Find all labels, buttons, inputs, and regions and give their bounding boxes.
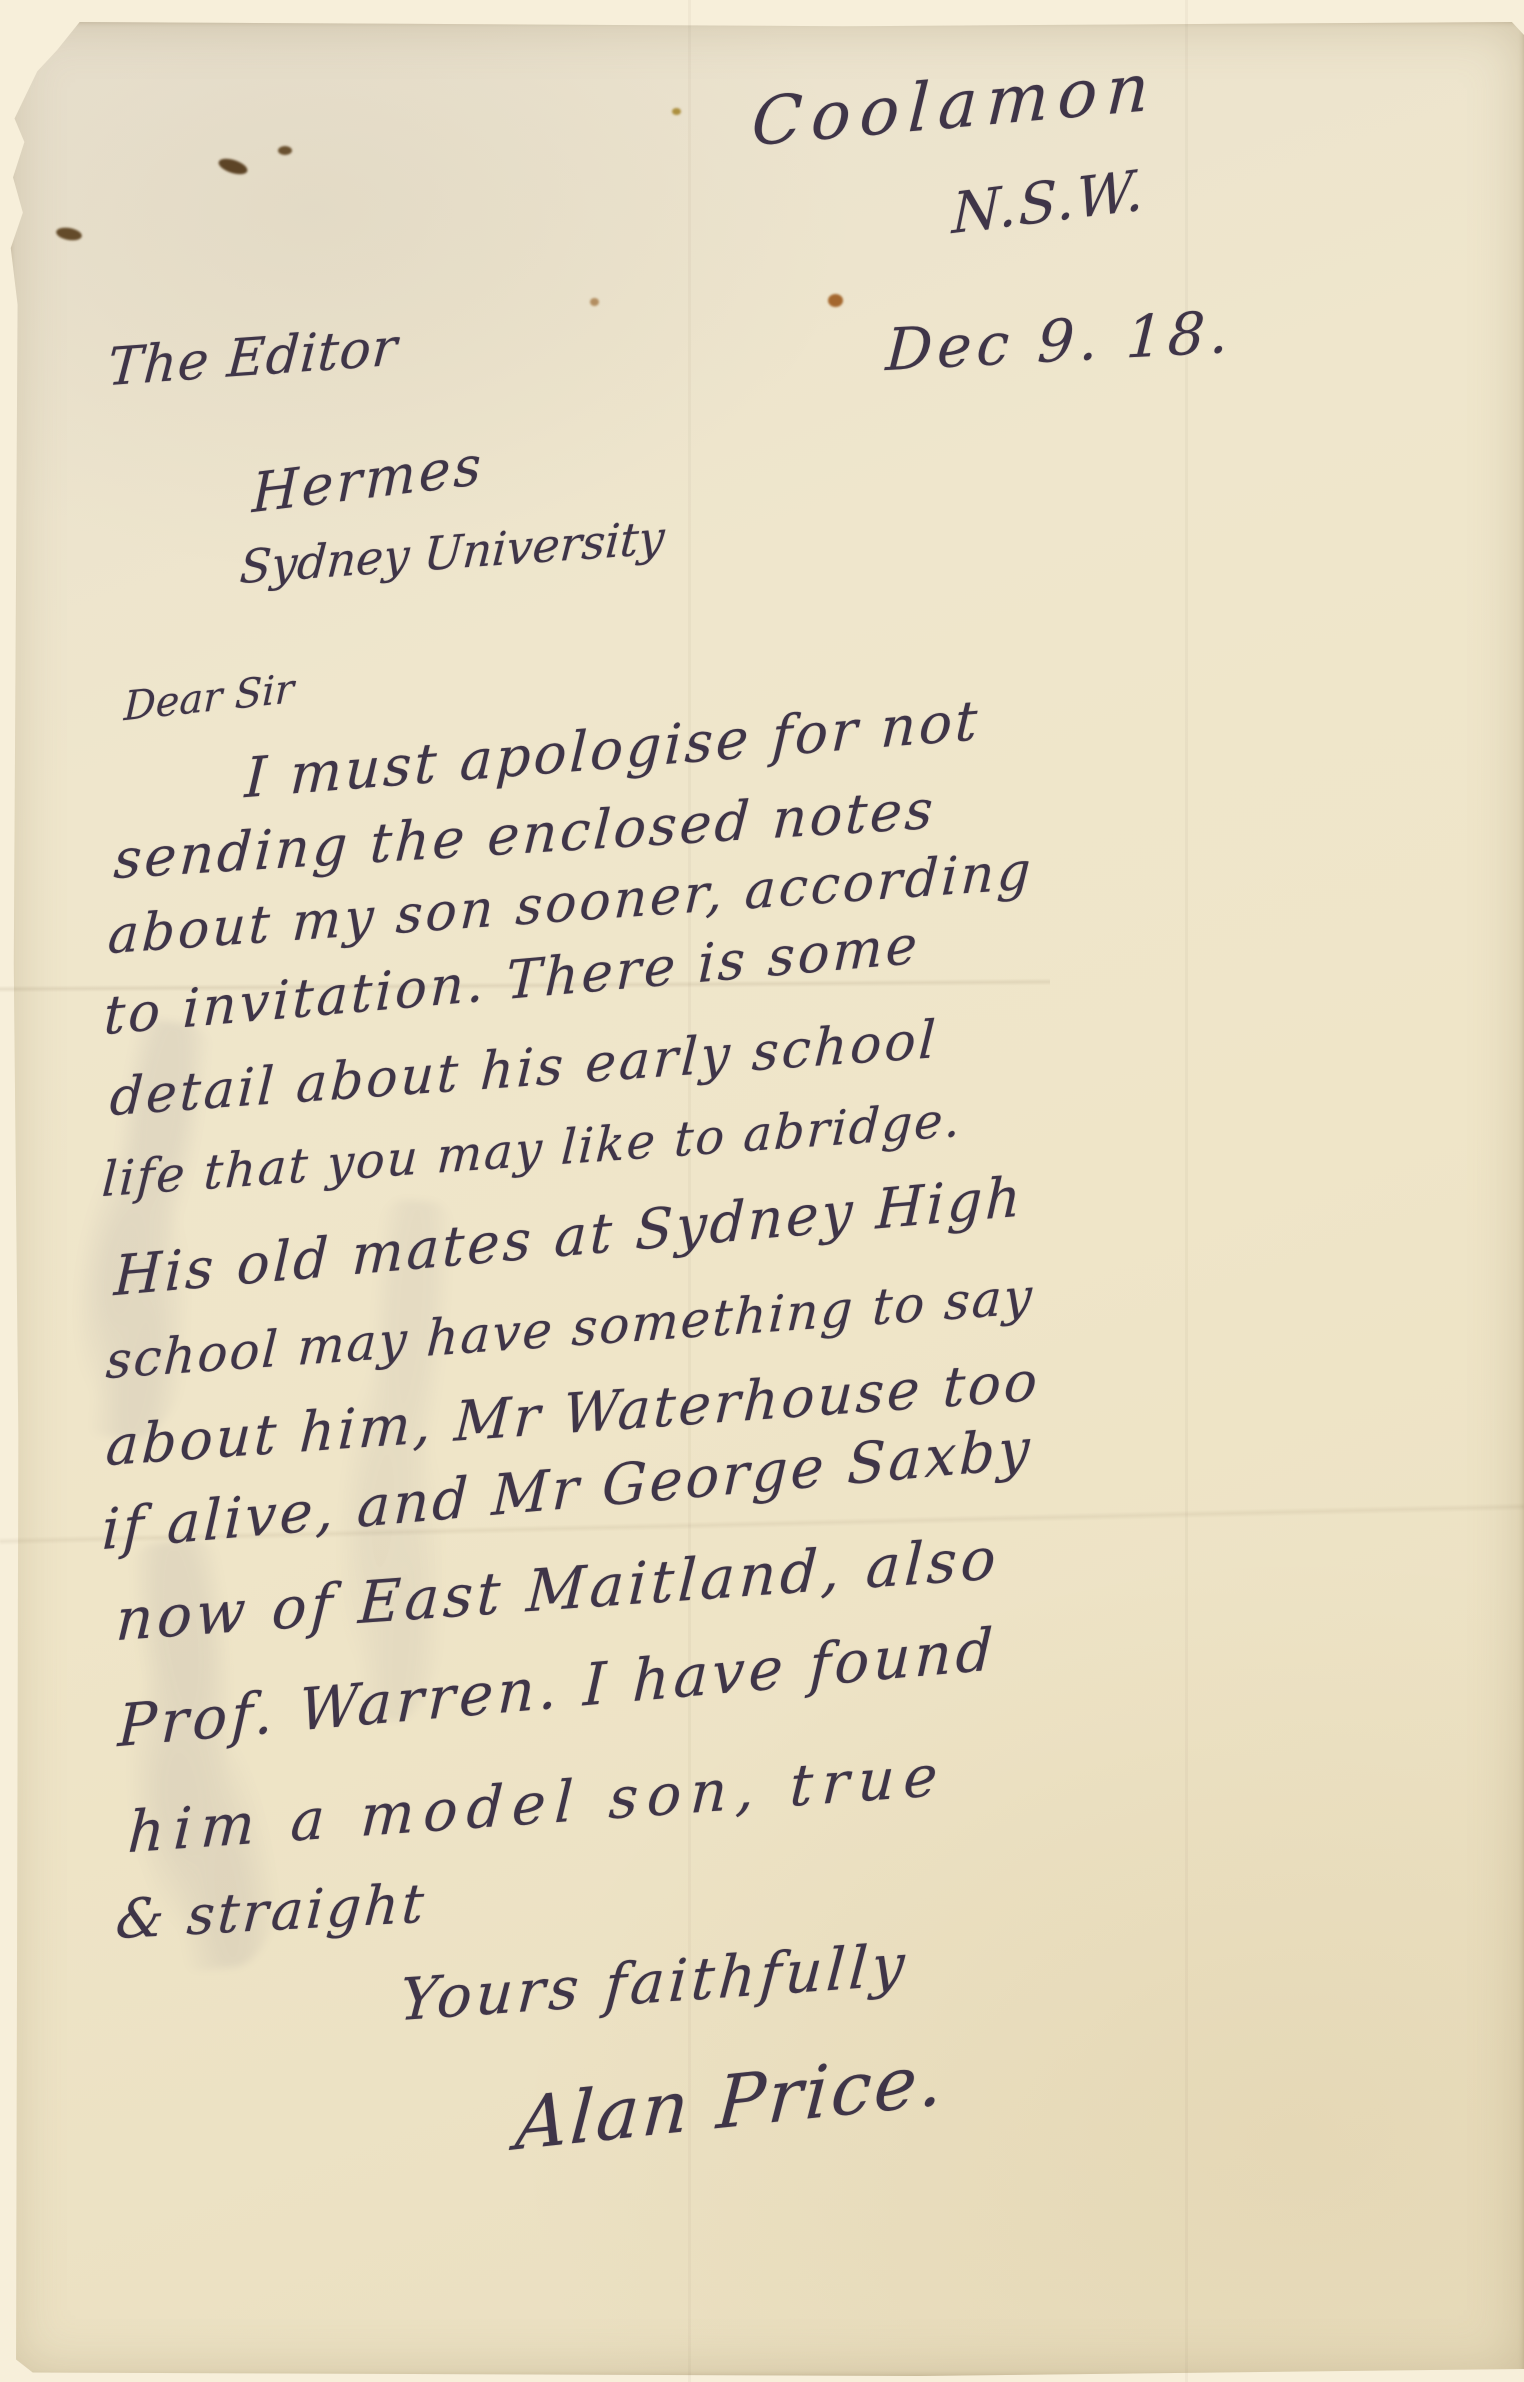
foxing-spot [590,298,599,306]
scan-background: Coolamon N.S.W. Dec 9. 18. The Editor He… [0,0,1524,2382]
foxing-spot [672,108,681,115]
ink-stain [278,146,292,155]
foxing-spot [828,294,843,307]
scan-streak [688,0,691,2382]
